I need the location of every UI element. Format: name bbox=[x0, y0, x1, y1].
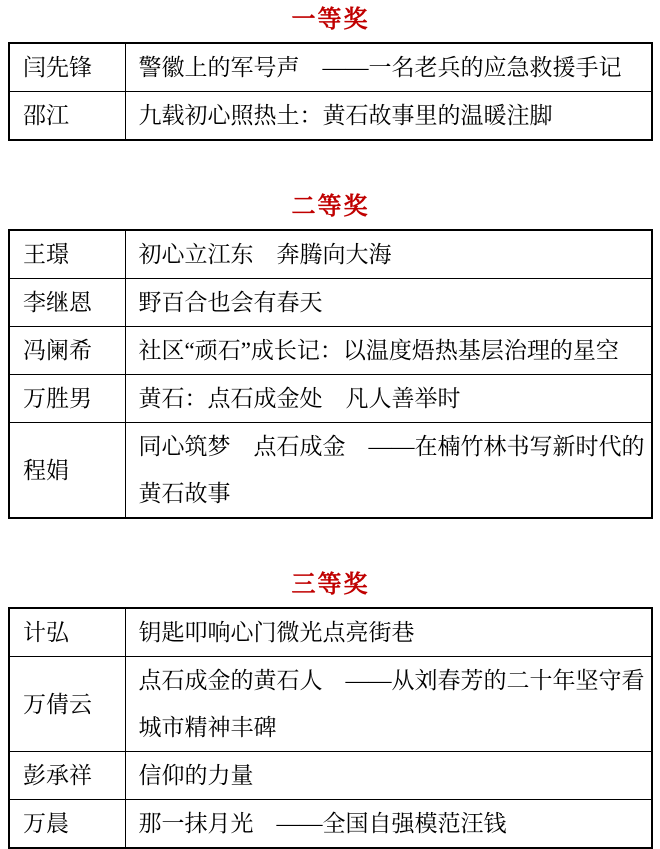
table-row: 邵江 九载初心照热土：黄石故事里的温暖注脚 bbox=[9, 92, 652, 141]
work-title-cell: 警徽上的军号声 ——一名老兵的应急救援手记 bbox=[125, 43, 652, 92]
section-title-third-prize: 三等奖 bbox=[8, 569, 653, 601]
section-title-second-prize: 二等奖 bbox=[8, 191, 653, 223]
work-title-cell: 点石成金的黄石人 ——从刘春芳的二十年坚守看 城市精神丰碑 bbox=[125, 657, 652, 752]
table-row: 闫先锋 警徽上的军号声 ——一名老兵的应急救援手记 bbox=[9, 43, 652, 92]
work-title-cell: 钥匙叩响心门微光点亮街巷 bbox=[125, 608, 652, 657]
winner-name-cell: 王璟 bbox=[9, 230, 125, 279]
table-row: 彭承祥 信仰的力量 bbox=[9, 752, 652, 800]
section-title-first-prize: 一等奖 bbox=[8, 4, 653, 36]
table-row: 冯阑希 社区“顽石”成长记：以温度焐热基层治理的星空 bbox=[9, 327, 652, 375]
winner-name-cell: 万胜男 bbox=[9, 375, 125, 423]
award-section-third-prize: 三等奖 计弘 钥匙叩响心门微光点亮街巷 万倩云 点石成金的黄石人 ——从刘春芳的… bbox=[8, 569, 653, 849]
table-row: 万倩云 点石成金的黄石人 ——从刘春芳的二十年坚守看 城市精神丰碑 bbox=[9, 657, 652, 752]
table-row: 程娟 同心筑梦 点石成金 ——在楠竹林书写新时代的 黄石故事 bbox=[9, 423, 652, 519]
award-section-first-prize: 一等奖 闫先锋 警徽上的军号声 ——一名老兵的应急救援手记 邵江 九载初心照热土… bbox=[8, 4, 653, 141]
table-row: 计弘 钥匙叩响心门微光点亮街巷 bbox=[9, 608, 652, 657]
award-document: 一等奖 闫先锋 警徽上的军号声 ——一名老兵的应急救援手记 邵江 九载初心照热土… bbox=[0, 0, 660, 849]
work-title-cell: 社区“顽石”成长记：以温度焐热基层治理的星空 bbox=[125, 327, 652, 375]
winner-name-cell: 邵江 bbox=[9, 92, 125, 141]
winner-name-cell: 万倩云 bbox=[9, 657, 125, 752]
winner-name-cell: 闫先锋 bbox=[9, 43, 125, 92]
winner-name-cell: 万晨 bbox=[9, 800, 125, 849]
work-title-cell: 野百合也会有春天 bbox=[125, 279, 652, 327]
work-title-cell: 那一抹月光 ——全国自强模范汪钱 bbox=[125, 800, 652, 849]
winner-name-cell: 彭承祥 bbox=[9, 752, 125, 800]
work-title-cell: 黄石：点石成金处 凡人善举时 bbox=[125, 375, 652, 423]
winner-name-cell: 冯阑希 bbox=[9, 327, 125, 375]
table-row: 李继恩 野百合也会有春天 bbox=[9, 279, 652, 327]
table-row: 王璟 初心立江东 奔腾向大海 bbox=[9, 230, 652, 279]
table-row: 万胜男 黄石：点石成金处 凡人善举时 bbox=[9, 375, 652, 423]
winner-name-cell: 程娟 bbox=[9, 423, 125, 519]
awards-table-second-prize: 王璟 初心立江东 奔腾向大海 李继恩 野百合也会有春天 冯阑希 社区“顽石”成长… bbox=[8, 229, 653, 519]
work-title-cell: 同心筑梦 点石成金 ——在楠竹林书写新时代的 黄石故事 bbox=[125, 423, 652, 519]
table-row: 万晨 那一抹月光 ——全国自强模范汪钱 bbox=[9, 800, 652, 849]
winner-name-cell: 计弘 bbox=[9, 608, 125, 657]
awards-table-first-prize: 闫先锋 警徽上的军号声 ——一名老兵的应急救援手记 邵江 九载初心照热土：黄石故… bbox=[8, 42, 653, 141]
award-section-second-prize: 二等奖 王璟 初心立江东 奔腾向大海 李继恩 野百合也会有春天 冯阑希 社区“顽… bbox=[8, 191, 653, 519]
awards-table-third-prize: 计弘 钥匙叩响心门微光点亮街巷 万倩云 点石成金的黄石人 ——从刘春芳的二十年坚… bbox=[8, 607, 653, 849]
work-title-cell: 信仰的力量 bbox=[125, 752, 652, 800]
work-title-cell: 初心立江东 奔腾向大海 bbox=[125, 230, 652, 279]
work-title-cell: 九载初心照热土：黄石故事里的温暖注脚 bbox=[125, 92, 652, 141]
winner-name-cell: 李继恩 bbox=[9, 279, 125, 327]
